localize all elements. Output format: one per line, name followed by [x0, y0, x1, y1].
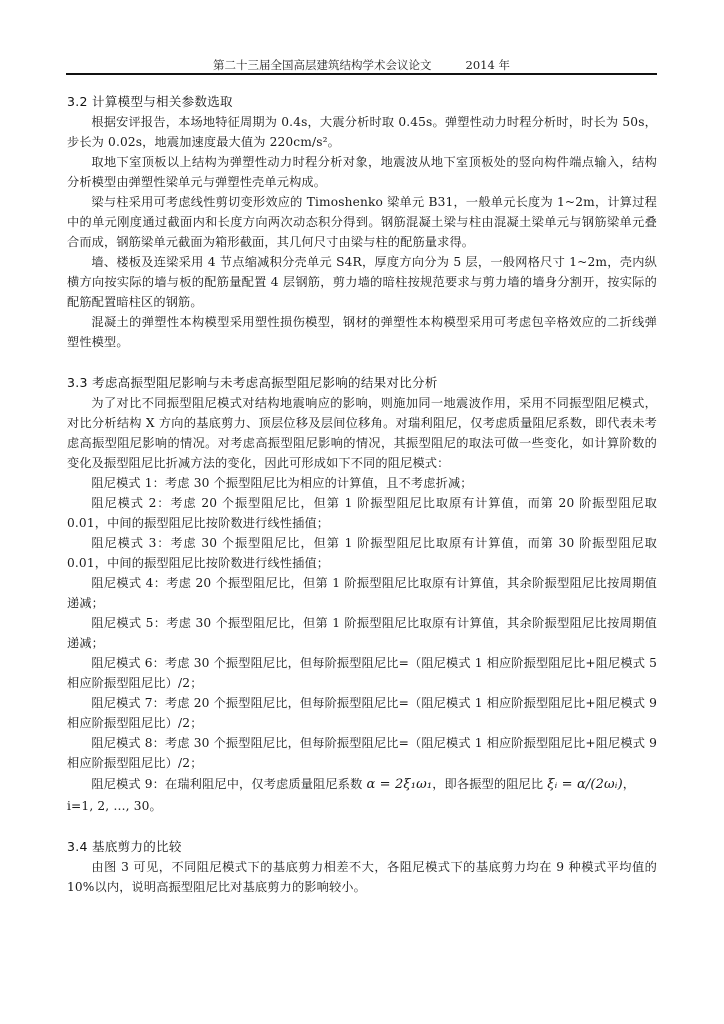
- mass-damping-formula: α = 2ξ₁ω₁: [366, 777, 432, 792]
- mode9-middle: ，即各振型的阻尼比: [432, 777, 543, 791]
- damping-mode-3: 阻尼模式 3：考虑 30 个振型阻尼比，但第 1 阶振型阻尼比取原有计算值，而第…: [67, 533, 657, 573]
- section-gap: [67, 352, 657, 373]
- section-3-3: 3.3 考虑高振型阻尼影响与未考虑高振型阻尼影响的结果对比分析 为了对比不同振型…: [67, 373, 657, 816]
- paragraph: 梁与柱采用可考虑线性剪切变形效应的 Timoshenko 梁单元 B31，一般单…: [67, 192, 657, 252]
- damping-mode-6: 阻尼模式 6：考虑 30 个振型阻尼比，但每阶振型阻尼比=（阻尼模式 1 相应阶…: [67, 653, 657, 693]
- paragraph: 为了对比不同振型阻尼模式对结构地震响应的影响，则施加同一地震波作用，采用不同振型…: [67, 393, 657, 473]
- conference-title: 第二十三届全国高层建筑结构学术会议论文: [213, 58, 432, 72]
- paragraph: 墙、楼板及连梁采用 4 节点缩减积分壳单元 S4R，厚度方向分为 5 层，一般网…: [67, 252, 657, 312]
- paragraph: 由图 3 可见，不同阻尼模式下的基底剪力相差不大，各阻尼模式下的基底剪力均在 9…: [67, 857, 657, 897]
- header-year: 2014 年: [466, 58, 510, 72]
- damping-ratio-formula: ξᵢ = α/(2ωᵢ): [547, 777, 623, 792]
- section-heading: 3.2 计算模型与相关参数选取: [67, 92, 657, 112]
- section-heading: 3.3 考虑高振型阻尼影响与未考虑高振型阻尼影响的结果对比分析: [67, 373, 657, 393]
- damping-mode-2: 阻尼模式 2：考虑 20 个振型阻尼比，但第 1 阶振型阻尼比取原有计算值，而第…: [67, 493, 657, 533]
- paragraph: 根据安评报告，本场地特征周期为 0.4s，大震分析时取 0.45s。弹塑性动力时…: [67, 112, 657, 152]
- section-gap: [67, 816, 657, 837]
- damping-mode-1: 阻尼模式 1：考虑 30 个振型阻尼比为相应的计算值，且不考虑折减；: [67, 473, 657, 493]
- paragraph: 混凝土的弹塑性本构模型采用塑性损伤模型，钢材的弹塑性本构模型采用可考虑包辛格效应…: [67, 312, 657, 352]
- mode9-suffix: ，: [623, 777, 635, 791]
- mode9-range: i=1, 2, …, 30。: [67, 796, 657, 816]
- page-body: 3.2 计算模型与相关参数选取 根据安评报告，本场地特征周期为 0.4s，大震分…: [67, 92, 657, 897]
- damping-mode-8: 阻尼模式 8：考虑 30 个振型阻尼比，但每阶振型阻尼比=（阻尼模式 1 相应阶…: [67, 733, 657, 773]
- damping-mode-4: 阻尼模式 4：考虑 20 个振型阻尼比，但第 1 阶振型阻尼比取原有计算值，其余…: [67, 573, 657, 613]
- damping-mode-7: 阻尼模式 7：考虑 20 个振型阻尼比，但每阶振型阻尼比=（阻尼模式 1 相应阶…: [67, 693, 657, 733]
- damping-mode-5: 阻尼模式 5：考虑 30 个振型阻尼比，但第 1 阶振型阻尼比取原有计算值，其余…: [67, 613, 657, 653]
- header-rule: [66, 73, 657, 75]
- section-3-4: 3.4 基底剪力的比较 由图 3 可见，不同阻尼模式下的基底剪力相差不大，各阻尼…: [67, 837, 657, 897]
- paragraph: 取地下室顶板以上结构为弹塑性动力时程分析对象，地震波从地下室顶板处的竖向构件端点…: [67, 152, 657, 192]
- damping-mode-9: 阻尼模式 9：在瑞利阻尼中，仅考虑质量阻尼系数 α = 2ξ₁ω₁，即各振型的阻…: [67, 773, 657, 796]
- section-3-2: 3.2 计算模型与相关参数选取 根据安评报告，本场地特征周期为 0.4s，大震分…: [67, 92, 657, 352]
- mode9-prefix: 阻尼模式 9：在瑞利阻尼中，仅考虑质量阻尼系数: [91, 777, 362, 791]
- section-heading: 3.4 基底剪力的比较: [67, 837, 657, 857]
